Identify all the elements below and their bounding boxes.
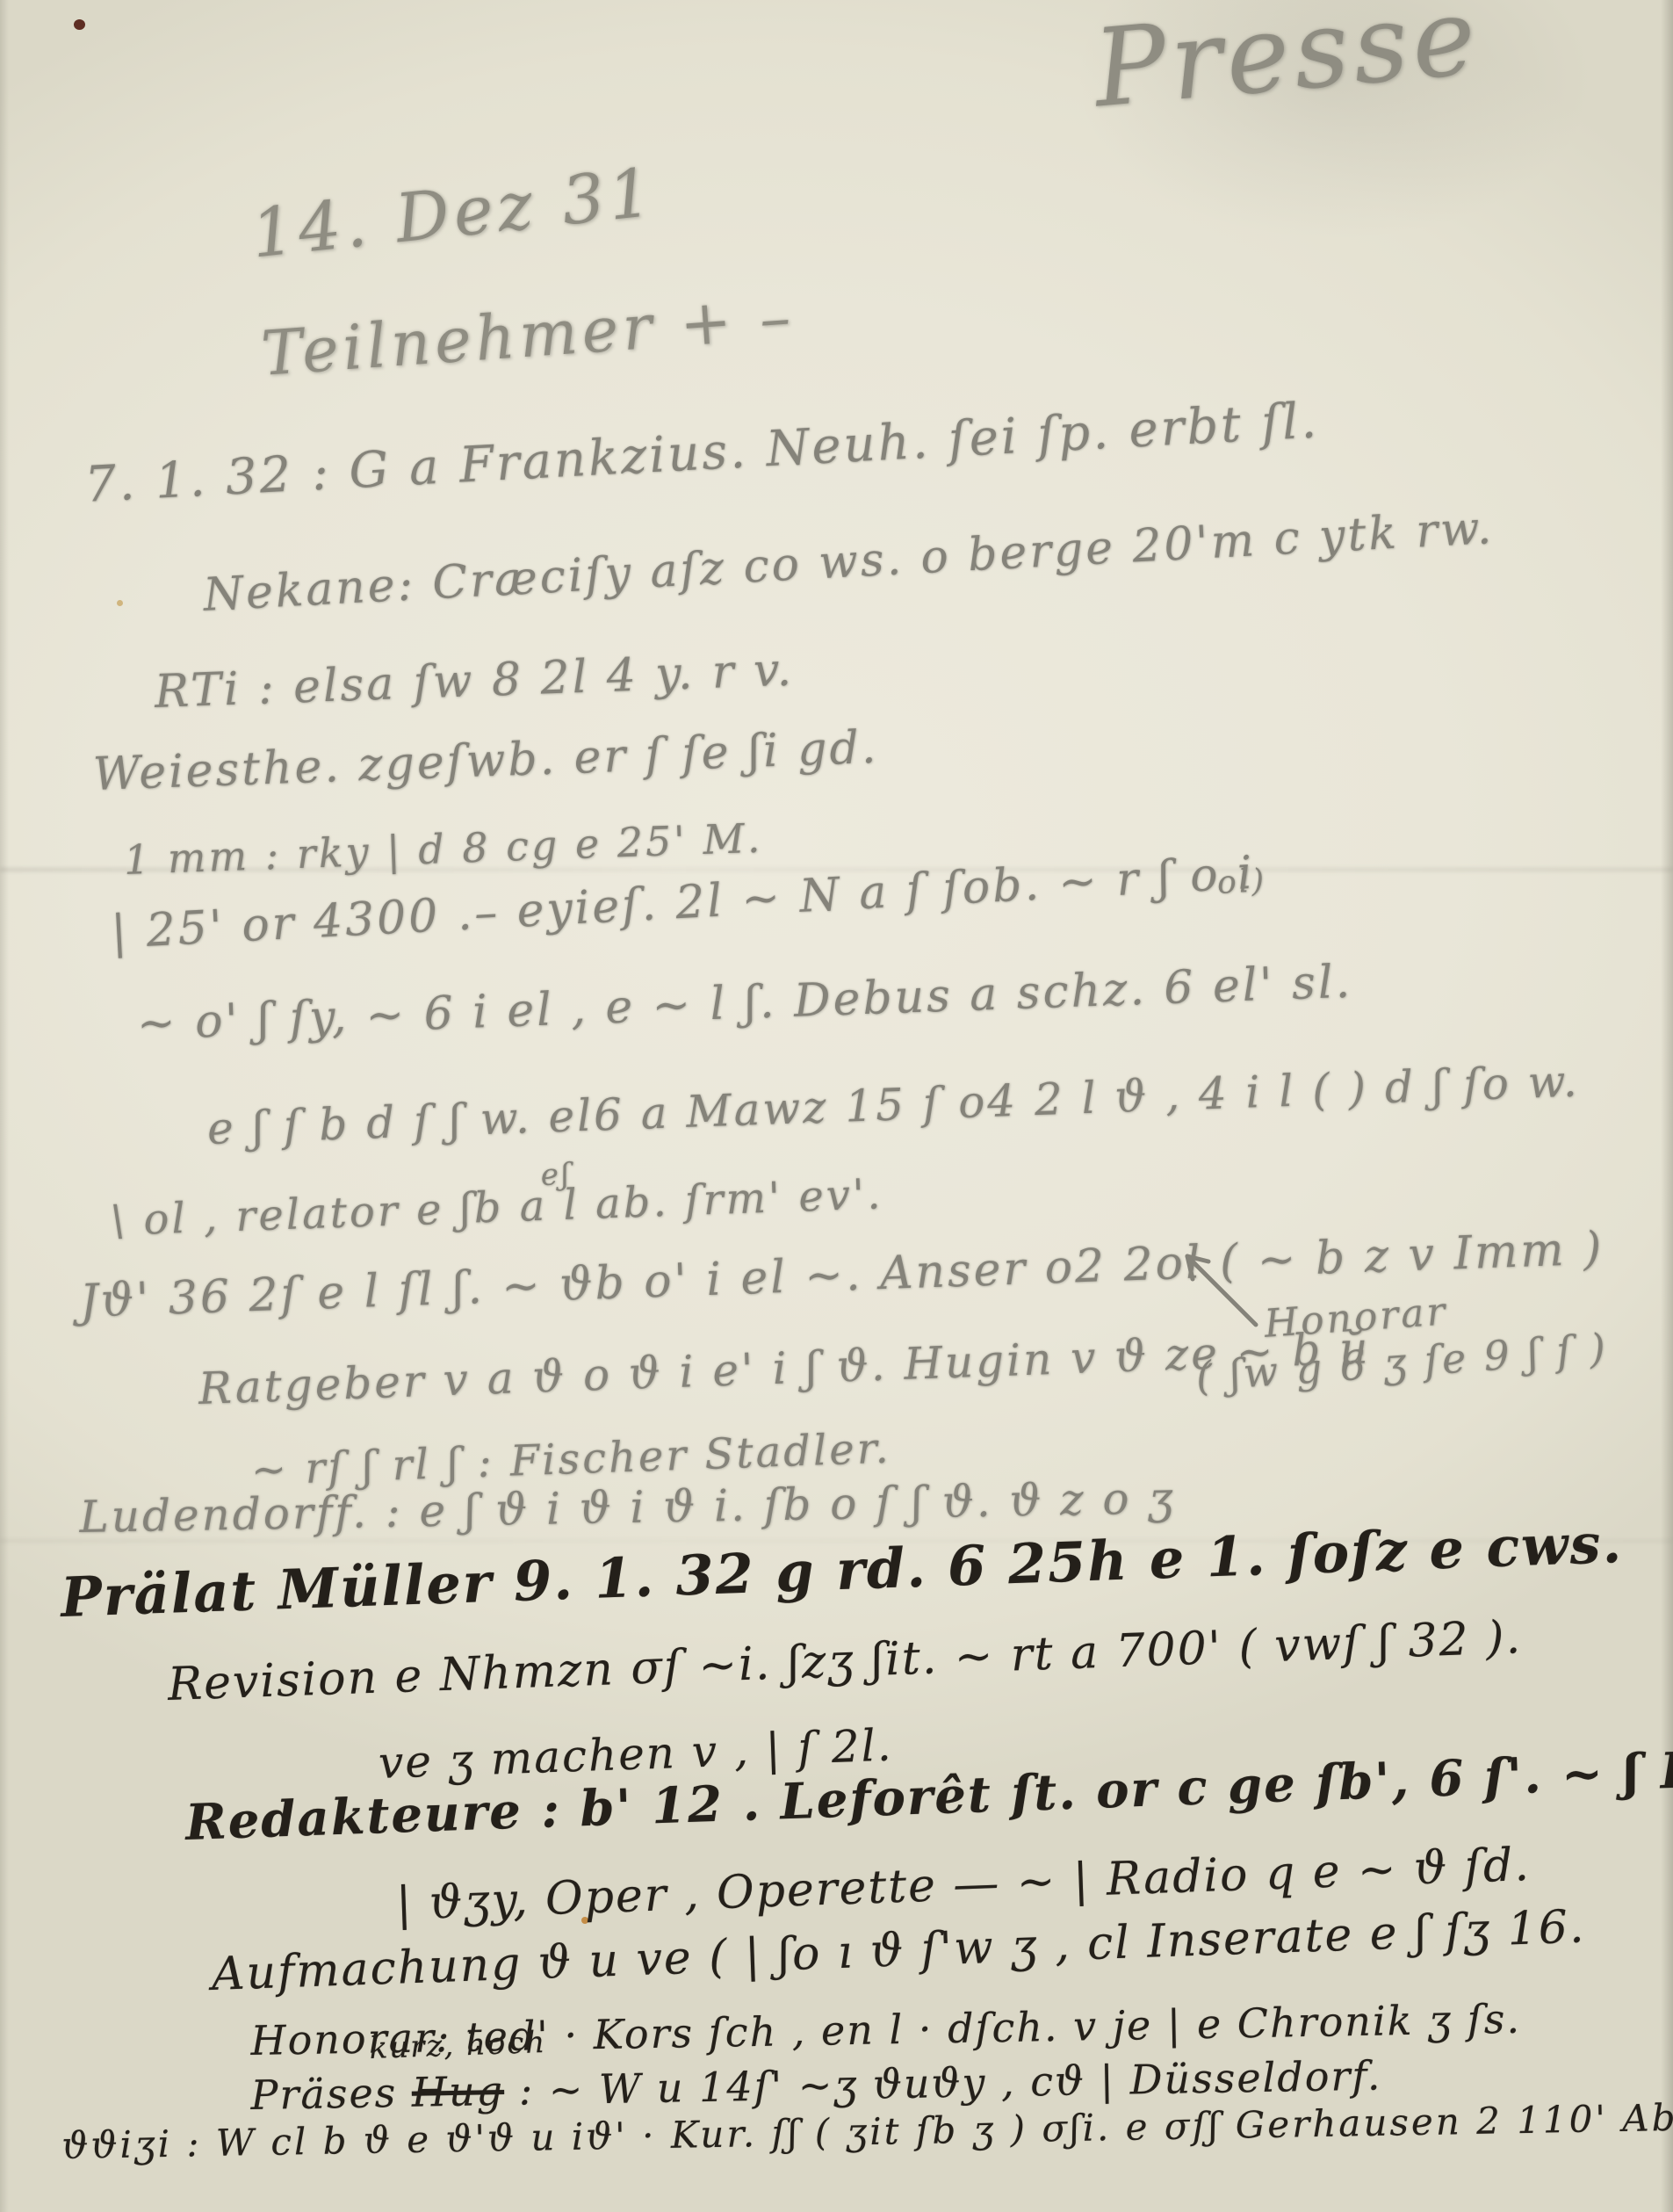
praeses-struck-word: Hug	[411, 2067, 504, 2116]
insertion-kurz-hoch: kurz, hoch	[369, 2025, 547, 2066]
foxing-spot	[74, 19, 85, 30]
arrow-mark	[1175, 1246, 1272, 1334]
praeses-prefix: Präses	[250, 2069, 412, 2119]
arrow-icon	[1175, 1246, 1272, 1334]
paper-edge-shadow-left	[0, 0, 9, 2212]
foxing-spot	[117, 600, 123, 606]
paper-edge-shadow-right	[1661, 0, 1673, 2212]
